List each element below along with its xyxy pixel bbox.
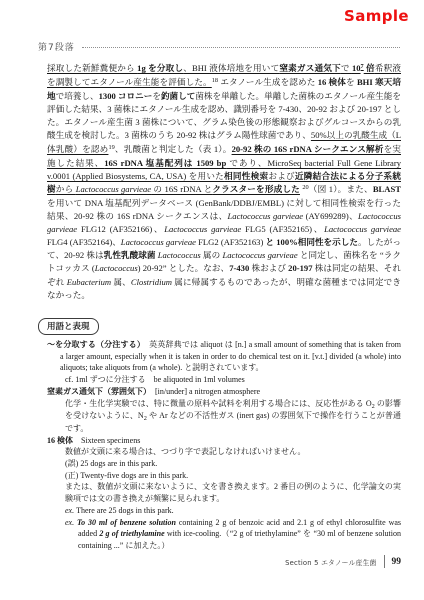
text-segment: 窒素ガス通気下（雰囲気下）	[47, 387, 147, 396]
text-segment: FLG2 (AF352163)	[196, 237, 266, 247]
section-heading: 第7段落	[38, 40, 400, 53]
text-segment: を	[346, 77, 357, 87]
text-segment: 〜を分取する（分注する）	[47, 340, 141, 349]
text-segment: 釣菌して	[161, 91, 195, 101]
text-segment: There are 25 dogs in this park.	[76, 506, 174, 515]
text-segment: 1g を分取し	[137, 63, 183, 73]
text-segment: 7-430	[229, 263, 249, 273]
text-segment: ex.	[65, 506, 76, 515]
text-segment: 16 検体	[318, 77, 346, 87]
glossary-heading-badge: 用語と表現	[38, 318, 99, 335]
text-segment: Lactococcus garvieae	[228, 211, 304, 221]
text-segment: 窒素ガス通気下	[279, 63, 340, 73]
text-segment: (正) Twenty-five dogs are in this park.	[65, 471, 188, 480]
glossary-note-nitrogen: 化学・生化学実験では、特に微量の原料や試料を利用する場合には、反応性がある O2…	[65, 398, 401, 435]
text-segment: および	[268, 171, 295, 181]
text-segment: Sixteen specimens	[73, 436, 140, 445]
text-segment: 属、	[111, 277, 131, 287]
text-segment: 株および	[249, 263, 288, 273]
dotted-leader-rule	[82, 47, 400, 48]
text-segment: で培養し、	[56, 91, 99, 101]
glossary-entry-nitrogen: 窒素ガス通気下（雰囲気下） [in/under] a nitrogen atmo…	[47, 386, 401, 398]
text-segment: クラスターを形成した	[212, 184, 300, 194]
glossary-body: 〜を分取する（分注する） 英英辞典では aliquot は [n.] a sma…	[38, 339, 401, 552]
text-segment: エタノール生成を認めた	[218, 77, 318, 87]
text-segment: 2 g of triethylamine	[99, 529, 164, 538]
footer-divider	[384, 555, 385, 568]
text-segment: 2	[144, 415, 147, 422]
text-segment: 16S rDNA 塩基配列は 1509 bp	[104, 158, 226, 168]
text-segment: を	[152, 91, 161, 101]
text-segment: 数値が文頭に来る場合は、つづり字で表記しなければいけません。	[65, 447, 305, 456]
text-segment: 7	[361, 63, 364, 70]
text-segment: 20	[302, 184, 308, 191]
text-segment: (AY699289)、	[303, 211, 358, 221]
footer-section-title: エタノール産生菌	[321, 559, 376, 567]
text-segment: Lactococcus garvieae	[164, 224, 241, 234]
text-segment: Clostridium	[131, 277, 172, 287]
text-segment: 20-92 株の 16S rDNA シークエンス解析	[232, 144, 384, 154]
footer-section-label: Section 5	[285, 559, 319, 567]
text-segment: 相同性検索	[224, 171, 268, 181]
text-segment: Lactococcus garvieae	[76, 184, 151, 194]
text-segment: 19	[108, 144, 114, 151]
text-segment: FLG12 (AF352166)、	[77, 224, 164, 234]
text-segment: 18	[212, 77, 218, 84]
text-segment: 乳性乳酸球菌	[104, 250, 156, 260]
paragraph-body: 採取した新鮮糞便から 1g を分取し、BHI 液体培地を用いて窒素ガス通気下で …	[47, 62, 401, 302]
footer-section-text: Section 5 エタノール産生菌	[285, 557, 376, 567]
glossary-section: 用語と表現 〜を分取する（分注する） 英英辞典では aliquot は [n.]…	[38, 316, 401, 552]
glossary-entry-specimens: 16 検体 Sixteen specimens	[47, 435, 401, 447]
text-segment: 2	[372, 403, 375, 410]
text-segment: で	[341, 63, 352, 73]
text-segment: 属の	[201, 250, 223, 260]
text-segment: （図 1）。また、	[309, 184, 373, 194]
text-segment: 20-197	[288, 263, 312, 273]
text-segment: Lactococcus	[95, 263, 138, 273]
text-segment: Eubacterium	[67, 277, 111, 287]
text-segment: 1300 コロニー	[99, 91, 153, 101]
text-segment: Lactococcus garvieae	[222, 250, 297, 260]
text-segment: FLG4 (AF352164)、	[47, 237, 121, 247]
text-segment: ) 20-92” とした。なお、	[138, 263, 230, 273]
text-segment: または、数値が文頭に来ないように、文を書き換えます。2 番目の例のように、化学論…	[65, 482, 401, 503]
text-segment: から	[56, 184, 76, 194]
text-segment: Lactococcus	[158, 250, 201, 260]
page-number: 99	[392, 557, 402, 567]
text-segment: 化学・生化学実験では、特に微量の原料や試料を利用する場合には、反応性がある O	[65, 399, 372, 408]
text-segment: と 100%相同性を示した	[265, 237, 358, 247]
glossary-example-wrong: (誤) 25 dogs are in this park.	[65, 458, 401, 470]
text-segment: FLG5 (AF352165)、	[241, 224, 324, 234]
text-segment: 10	[352, 63, 361, 73]
text-segment: 倍	[364, 63, 375, 73]
text-segment: [in/under] a nitrogen atmosphere	[147, 387, 260, 396]
text-segment: (誤) 25 dogs are in this park.	[65, 459, 157, 468]
text-segment: 採取した新鮮糞便から	[47, 63, 137, 73]
glossary-entry-aliquot: 〜を分取する（分注する） 英英辞典では aliquot は [n.] a sma…	[47, 339, 401, 374]
document-page: Sample 第7段落 採取した新鮮糞便から 1g を分取し、BHI 液体培地を…	[0, 0, 424, 600]
text-segment: 16 検体	[47, 436, 73, 445]
text-segment: To 30 ml of benzene solution	[77, 518, 176, 527]
text-segment: BLAST	[373, 184, 401, 194]
text-segment: 、BHI 液体培地を用いて	[183, 63, 279, 73]
text-segment: Lactococcus garvieae	[324, 224, 401, 234]
text-segment: 、乳酸菌と判定した（表 1）。	[115, 144, 232, 154]
glossary-note-spelled-out: 数値が文頭に来る場合は、つづり字で表記しなければいけません。	[65, 446, 401, 458]
text-segment: の 16S rDNA と	[151, 184, 212, 194]
glossary-note-cf: cf. 1ml ずつに分注する be aliquoted in 1ml volu…	[65, 374, 401, 386]
text-segment: Lactococcus garvieae	[121, 237, 196, 247]
section-title: 第7段落	[38, 40, 75, 53]
text-segment: ex.	[65, 518, 77, 527]
page-footer: Section 5 エタノール産生菌 99	[285, 555, 401, 568]
sample-watermark: Sample	[344, 7, 409, 25]
glossary-example-right: (正) Twenty-five dogs are in this park.	[65, 470, 401, 482]
glossary-example-dogs: ex. There are 25 dogs in this park.	[65, 505, 401, 517]
glossary-note-rewrite: または、数値が文頭に来ないように、文を書き換えます。2 番目の例のように、化学論…	[65, 481, 401, 504]
glossary-example-benzene: ex. To 30 ml of benzene solution contain…	[65, 517, 401, 552]
text-segment: cf. 1ml ずつに分注する be aliquoted in 1ml volu…	[65, 375, 245, 384]
